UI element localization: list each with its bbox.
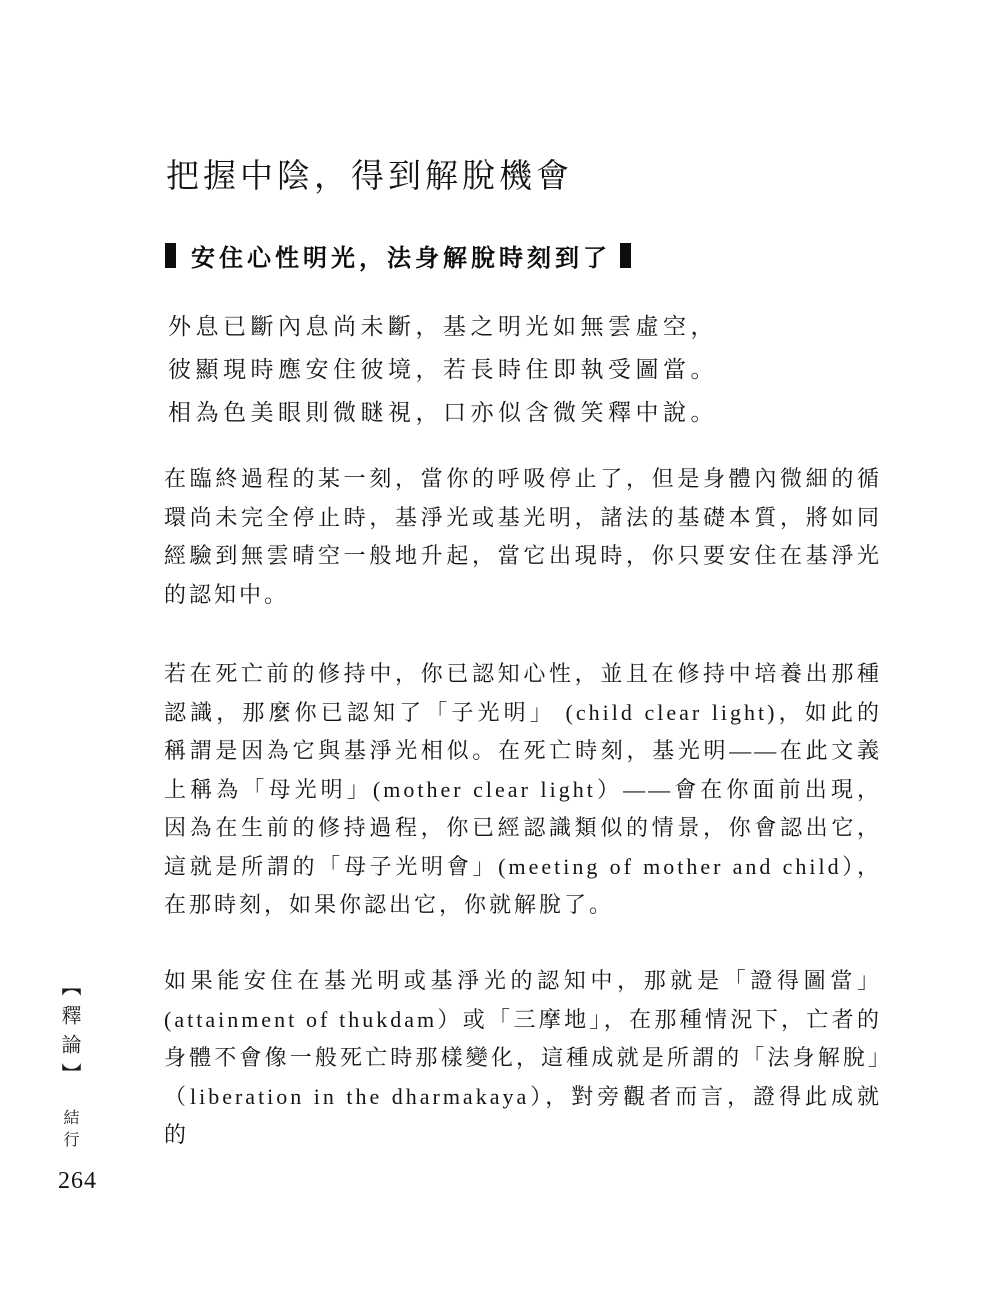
margin-label-sub: 結行 xyxy=(61,1109,78,1153)
section-heading-text: 安住心性明光，法身解脫時刻到了 xyxy=(191,238,611,273)
margin-section-label: 【釋論】 結行 xyxy=(55,976,84,1153)
verse-line-2: 彼顯現時應安住彼境，若長時住即執受圖當。 xyxy=(168,348,718,391)
heading-right-bar-icon xyxy=(620,243,631,268)
verse-line-1: 外息已斷內息尚未斷，基之明光如無雲虛空， xyxy=(168,305,718,348)
chapter-title: 把握中陰，得到解脫機會 xyxy=(166,150,573,197)
verse-line-3: 相為色美眼則微瞇視，口亦似含微笑釋中說。 xyxy=(168,391,718,434)
book-page: 把握中陰，得到解脫機會 安住心性明光，法身解脫時刻到了 外息已斷內息尚未斷，基之… xyxy=(0,0,1000,1294)
verse-block: 外息已斷內息尚未斷，基之明光如無雲虛空， 彼顯現時應安住彼境，若長時住即執受圖當… xyxy=(168,305,718,434)
body-paragraph-2: 若在死亡前的修持中，你已認知心性，並且在修持中培養出那種認識，那麼你已認知了「子… xyxy=(164,655,882,925)
body-paragraph-3: 如果能安住在基光明或基淨光的認知中，那就是「證得圖當」(attainment o… xyxy=(164,962,882,1155)
margin-label-main: 【釋論】 xyxy=(58,976,80,1092)
page-number: 264 xyxy=(58,1168,97,1195)
body-paragraph-1: 在臨終過程的某一刻，當你的呼吸停止了，但是身體內微細的循環尚未完全停止時，基淨光… xyxy=(164,460,882,614)
section-heading: 安住心性明光，法身解脫時刻到了 xyxy=(165,238,631,273)
heading-left-bar-icon xyxy=(165,243,176,268)
